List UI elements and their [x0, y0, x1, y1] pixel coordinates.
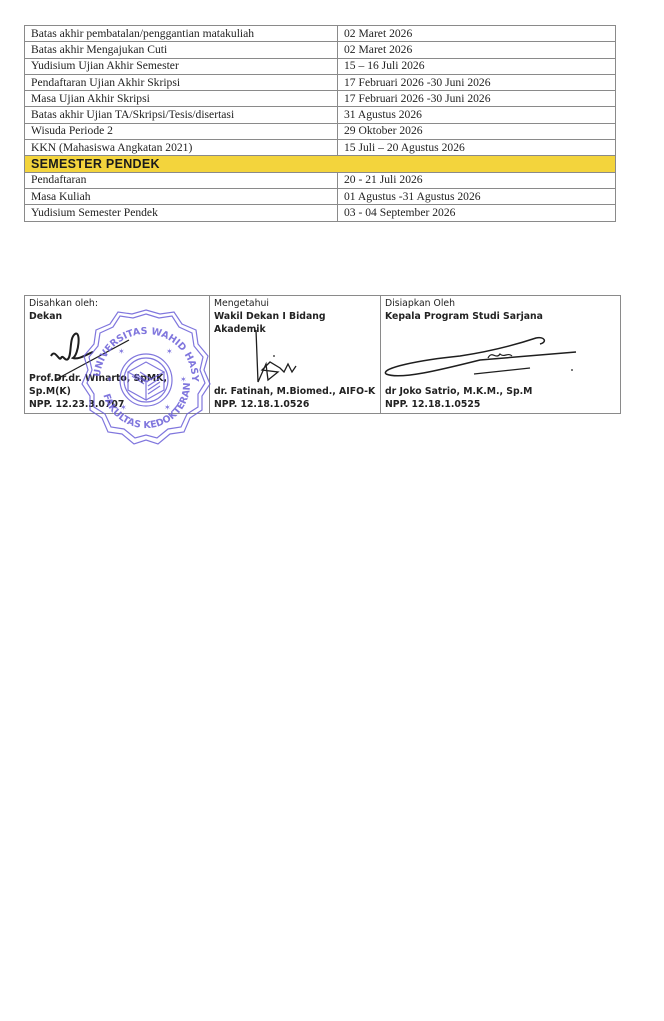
activity-cell: Masa Ujian Akhir Skripsi [25, 91, 338, 107]
signatory-name: Prof.Dr.dr. Winarto, SpMK, [29, 372, 167, 385]
signature-block-program-head: Disiapkan Oleh Kepala Program Studi Sarj… [381, 296, 621, 414]
date-cell: 03 - 04 September 2026 [338, 205, 616, 221]
activity-cell: Yudisium Semester Pendek [25, 205, 338, 221]
activity-cell: Pendaftaran Ujian Akhir Skripsi [25, 74, 338, 90]
signature-table: Disahkan oleh: Dekan Prof.Dr.dr. Winarto… [24, 295, 621, 414]
table-row: Yudisium Ujian Akhir Semester 15 – 16 Ju… [25, 58, 616, 74]
date-cell: 02 Maret 2026 [338, 26, 616, 42]
signature-role: Dekan [29, 310, 205, 323]
activity-cell: Pendaftaran [25, 172, 338, 188]
date-cell: 20 - 21 Juli 2026 [338, 172, 616, 188]
activity-cell: Batas akhir Ujian TA/Skripsi/Tesis/diser… [25, 107, 338, 123]
date-cell: 17 Februari 2026 -30 Juni 2026 [338, 91, 616, 107]
activity-cell: Batas akhir pembatalan/penggantian matak… [25, 26, 338, 42]
signature-role-line2: Akademik [214, 323, 376, 336]
signatory-npp: NPP. 12.23.3.0707 [29, 398, 167, 411]
date-cell: 15 Juli – 20 Agustus 2026 [338, 140, 616, 156]
table-row: Batas akhir Ujian TA/Skripsi/Tesis/diser… [25, 107, 616, 123]
signatory-name-line2: Sp.M(K) [29, 385, 167, 398]
table-row: Wisuda Periode 2 29 Oktober 2026 [25, 123, 616, 139]
section-title: SEMESTER PENDEK [25, 156, 616, 172]
activity-cell: Yudisium Ujian Akhir Semester [25, 58, 338, 74]
academic-calendar-table: Batas akhir pembatalan/penggantian matak… [24, 25, 616, 222]
signature-role: Kepala Program Studi Sarjana [385, 310, 616, 323]
date-cell: 01 Agustus -31 Agustus 2026 [338, 188, 616, 204]
signature-label: Disahkan oleh: [29, 298, 205, 310]
activity-cell: Masa Kuliah [25, 188, 338, 204]
table-row: Yudisium Semester Pendek 03 - 04 Septemb… [25, 205, 616, 221]
activity-cell: KKN (Mahasiswa Angkatan 2021) [25, 140, 338, 156]
date-cell: 02 Maret 2026 [338, 42, 616, 58]
table-row: Masa Ujian Akhir Skripsi 17 Februari 202… [25, 91, 616, 107]
signature-role: Wakil Dekan I Bidang [214, 310, 376, 323]
activity-cell: Wisuda Periode 2 [25, 123, 338, 139]
signatory-npp: NPP. 12.18.1.0526 [214, 398, 375, 411]
section-header-row: SEMESTER PENDEK [25, 156, 616, 172]
signature-block-dean: Disahkan oleh: Dekan Prof.Dr.dr. Winarto… [25, 296, 210, 414]
signatory-name: dr. Fatinah, M.Biomed., AIFO-K [214, 385, 375, 398]
table-row: Masa Kuliah 01 Agustus -31 Agustus 2026 [25, 188, 616, 204]
signatory-name: dr Joko Satrio, M.K.M., Sp.M [385, 385, 532, 398]
signature-label: Mengetahui [214, 298, 376, 310]
table-row: Batas akhir Mengajukan Cuti 02 Maret 202… [25, 42, 616, 58]
date-cell: 29 Oktober 2026 [338, 123, 616, 139]
signatory-npp: NPP. 12.18.1.0525 [385, 398, 532, 411]
signature-block-vice-dean: Mengetahui Wakil Dekan I Bidang Akademik… [210, 296, 381, 414]
table-row: Pendaftaran 20 - 21 Juli 2026 [25, 172, 616, 188]
table-row: Pendaftaran Ujian Akhir Skripsi 17 Febru… [25, 74, 616, 90]
signature-label: Disiapkan Oleh [385, 298, 616, 310]
date-cell: 31 Agustus 2026 [338, 107, 616, 123]
activity-cell: Batas akhir Mengajukan Cuti [25, 42, 338, 58]
date-cell: 15 – 16 Juli 2026 [338, 58, 616, 74]
date-cell: 17 Februari 2026 -30 Juni 2026 [338, 74, 616, 90]
table-row: Batas akhir pembatalan/penggantian matak… [25, 26, 616, 42]
table-row: KKN (Mahasiswa Angkatan 2021) 15 Juli – … [25, 140, 616, 156]
